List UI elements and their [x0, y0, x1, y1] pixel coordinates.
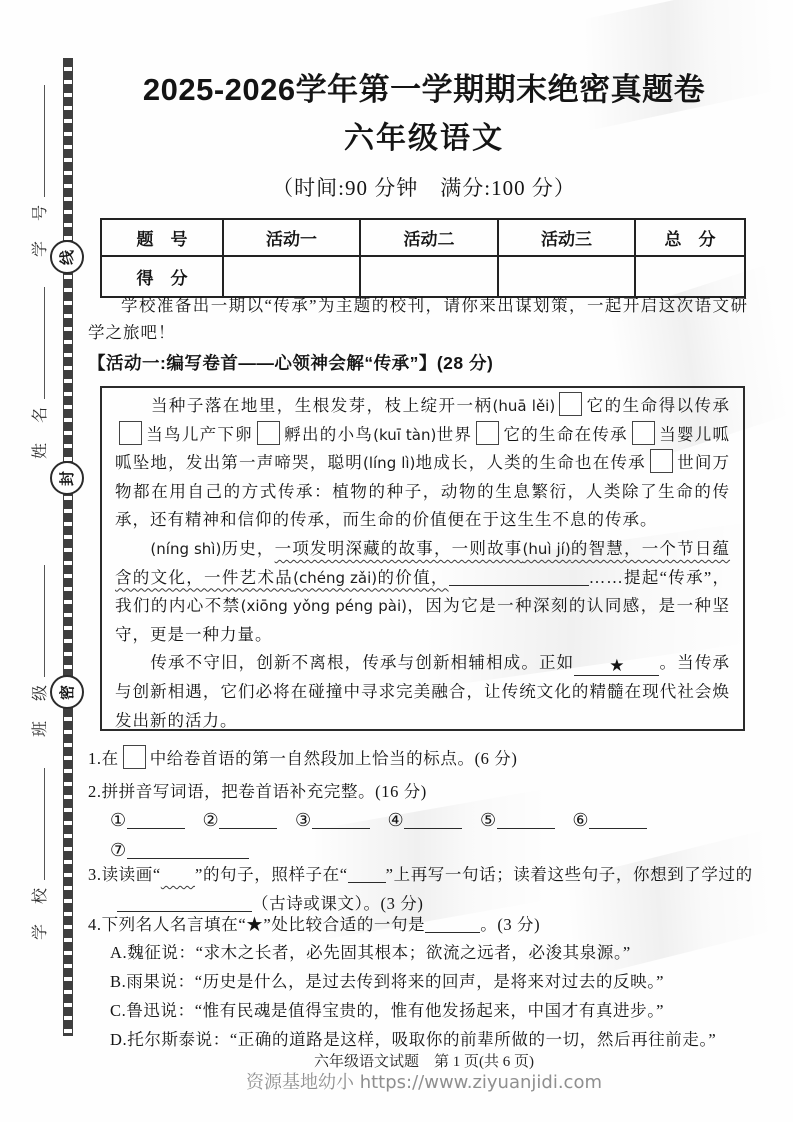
text-run	[115, 539, 150, 558]
fill-blank	[589, 811, 647, 829]
paper-subtitle: 六年级语文	[100, 113, 748, 157]
score-table-header-row: 题 号 活动一 活动二 活动三 总 分	[101, 219, 745, 256]
text-run: ”上再写一句话；读着这些句子，你想到了学过的	[386, 865, 753, 884]
text-run: 传承不守旧，创新不离根，传承与创新相辅相成。正如	[115, 653, 574, 672]
answer-slot-5: ⑤	[480, 811, 555, 830]
score-cell	[360, 256, 498, 297]
score-table-score-row: 得 分	[101, 256, 745, 297]
punctuation-box	[476, 421, 499, 445]
question-2-stem: 2.拼拼音写词语，把卷首语补充完整。(16 分)	[88, 777, 752, 806]
passage-paragraph-2: (níng shì)历史，一项发明深藏的故事，一则故事(huì jí)的智慧，一…	[115, 535, 730, 649]
question-4-options: A.魏征说：“求木之长者，必先固其根本；欲流之远者，必浚其泉源。” B.雨果说：…	[110, 938, 766, 1054]
name-blank	[32, 287, 45, 399]
school-label: 学 校	[32, 886, 49, 940]
class-blank	[32, 565, 45, 677]
text-run: ”的句子，照样子在“	[195, 865, 348, 884]
pinyin-text: (níng shì)	[150, 540, 221, 558]
fill-blank	[497, 811, 555, 829]
intro-paragraph: 学校准备出一期以“传承”为主题的校刊，请你来出谋划策，一起开启这次语文研学之旅吧…	[88, 292, 748, 346]
seal-dashed-line	[63, 58, 73, 1036]
answer-slot-7: ⑦	[110, 841, 249, 860]
text-run: 历史，	[221, 539, 274, 558]
answer-slot-2: ②	[202, 811, 277, 830]
score-header-activity3: 活动三	[498, 219, 635, 256]
text-run: 的价值，	[377, 568, 449, 587]
fill-blank	[404, 811, 462, 829]
score-header-activity1: 活动一	[223, 219, 360, 256]
text-run: 3.读读画“	[88, 865, 161, 884]
score-cell	[223, 256, 360, 297]
text-run: 当鸟儿产下卵	[146, 425, 253, 444]
star-blank: ★	[574, 657, 659, 676]
student-number-label: 学 号	[32, 203, 49, 257]
pinyin-text: (chéng zǎi)	[293, 569, 377, 587]
text-run: 它的生命在传承	[503, 425, 628, 444]
text-run: 中给卷首语的第一自然段加上恰当的标点。(6 分)	[150, 749, 518, 768]
text-run: 地成长，人类的生命也在传承	[415, 453, 646, 472]
text-run: 当种子落在地里，生根发芽，枝上绽开一柄	[115, 396, 492, 415]
text-run: 孵出的小鸟	[284, 425, 373, 444]
activity1-heading: 【活动一:编写卷首——心领神会解“传承”】(28 分)	[88, 350, 748, 375]
seal-char-mi: 密	[50, 675, 84, 709]
option-b: B.雨果说：“历史是什么，是过去传到将来的回声，是将来对过去的反映。”	[110, 967, 766, 996]
answer-slot-3: ③	[295, 811, 370, 830]
pinyin-text: (huì jí)	[522, 540, 570, 558]
margin-field-class: 班 级	[27, 556, 49, 746]
margin-field-student-number: 学 号	[27, 76, 49, 266]
punctuation-box	[123, 745, 146, 769]
question-1: 1.在中给卷首语的第一自然段加上恰当的标点。(6 分)	[88, 744, 752, 773]
question-4-stem: 4.下列名人名言填在“★”处比较合适的一句是。(3 分)	[88, 910, 752, 939]
text-run: 。(3 分)	[480, 915, 540, 934]
school-blank	[32, 768, 45, 880]
pinyin-text: (xiōng yǒng péng pài)	[241, 597, 407, 615]
student-number-blank	[32, 85, 45, 197]
fill-blank	[127, 841, 249, 859]
punctuation-box	[119, 421, 142, 445]
seal-char-line: 线	[50, 240, 84, 274]
question-2-answer-row: ① ② ③ ④ ⑤ ⑥	[110, 806, 774, 835]
name-label: 姓 名	[32, 405, 49, 459]
punctuation-box	[559, 392, 582, 416]
fill-blank	[312, 811, 370, 829]
score-header-activity2: 活动二	[360, 219, 498, 256]
score-cell	[635, 256, 745, 297]
class-label: 班 级	[32, 683, 49, 737]
fill-blank	[449, 567, 589, 585]
margin-field-school: 学 校	[27, 759, 49, 949]
text-run: 世界	[436, 425, 472, 444]
text-run	[161, 865, 195, 884]
punctuation-box	[650, 449, 673, 473]
text-run: 它的生命得以传承	[586, 396, 730, 415]
score-header-total: 总 分	[635, 219, 745, 256]
pinyin-text: (huā lěi)	[492, 397, 555, 415]
exam-paper-page: 学 号 姓 名 班 级 学 校 线 封 密 2025-2026学年第一学期期末绝…	[0, 0, 793, 1122]
text-run: 一项发明深藏的故事，一则故事	[275, 539, 523, 558]
score-table: 题 号 活动一 活动二 活动三 总 分 得 分	[100, 218, 746, 298]
passage-paragraph-1: 当种子落在地里，生根发芽，枝上绽开一柄(huā lěi)它的生命得以传承当鸟儿产…	[115, 392, 730, 535]
text-run: 4.下列名人名言填在“★”处比较合适的一句是	[88, 915, 425, 934]
footer-source-url: 资源基地幼小 https://www.ziyuanjidi.com	[100, 1068, 748, 1094]
time-score-line: （时间:90 分钟 满分:100 分）	[100, 172, 748, 202]
fill-blank	[425, 915, 480, 933]
option-c: C.鲁迅说：“惟有民魂是值得宝贵的，惟有他发扬起来，中国才有真进步。”	[110, 996, 766, 1025]
fill-blank	[348, 865, 386, 883]
punctuation-box	[257, 421, 280, 445]
seal-char-feng: 封	[50, 461, 84, 495]
option-a: A.魏征说：“求木之长者，必先固其根本；欲流之远者，必浚其泉源。”	[110, 938, 766, 967]
answer-slot-6: ⑥	[572, 811, 647, 830]
score-header-question: 题 号	[101, 219, 223, 256]
score-row-label: 得 分	[101, 256, 223, 297]
score-cell	[498, 256, 635, 297]
passage-paragraph-3: 传承不守旧，创新不离根，传承与创新相辅相成。正如★。当传承与创新相遇，它们必将在…	[115, 649, 730, 735]
passage-box: 当种子落在地里，生根发芽，枝上绽开一柄(huā lěi)它的生命得以传承当鸟儿产…	[100, 386, 745, 731]
answer-slot-4: ④	[387, 811, 462, 830]
text-run: 1.在	[88, 749, 119, 768]
fill-blank	[127, 811, 185, 829]
fill-blank	[219, 811, 277, 829]
answer-slot-1: ①	[110, 811, 185, 830]
pinyin-text: (líng lì)	[363, 454, 415, 472]
pinyin-text: (kuī tàn)	[373, 426, 436, 444]
punctuation-box	[632, 421, 655, 445]
margin-field-name: 姓 名	[27, 278, 49, 468]
paper-title: 2025-2026学年第一学期期末绝密真题卷	[94, 64, 754, 109]
